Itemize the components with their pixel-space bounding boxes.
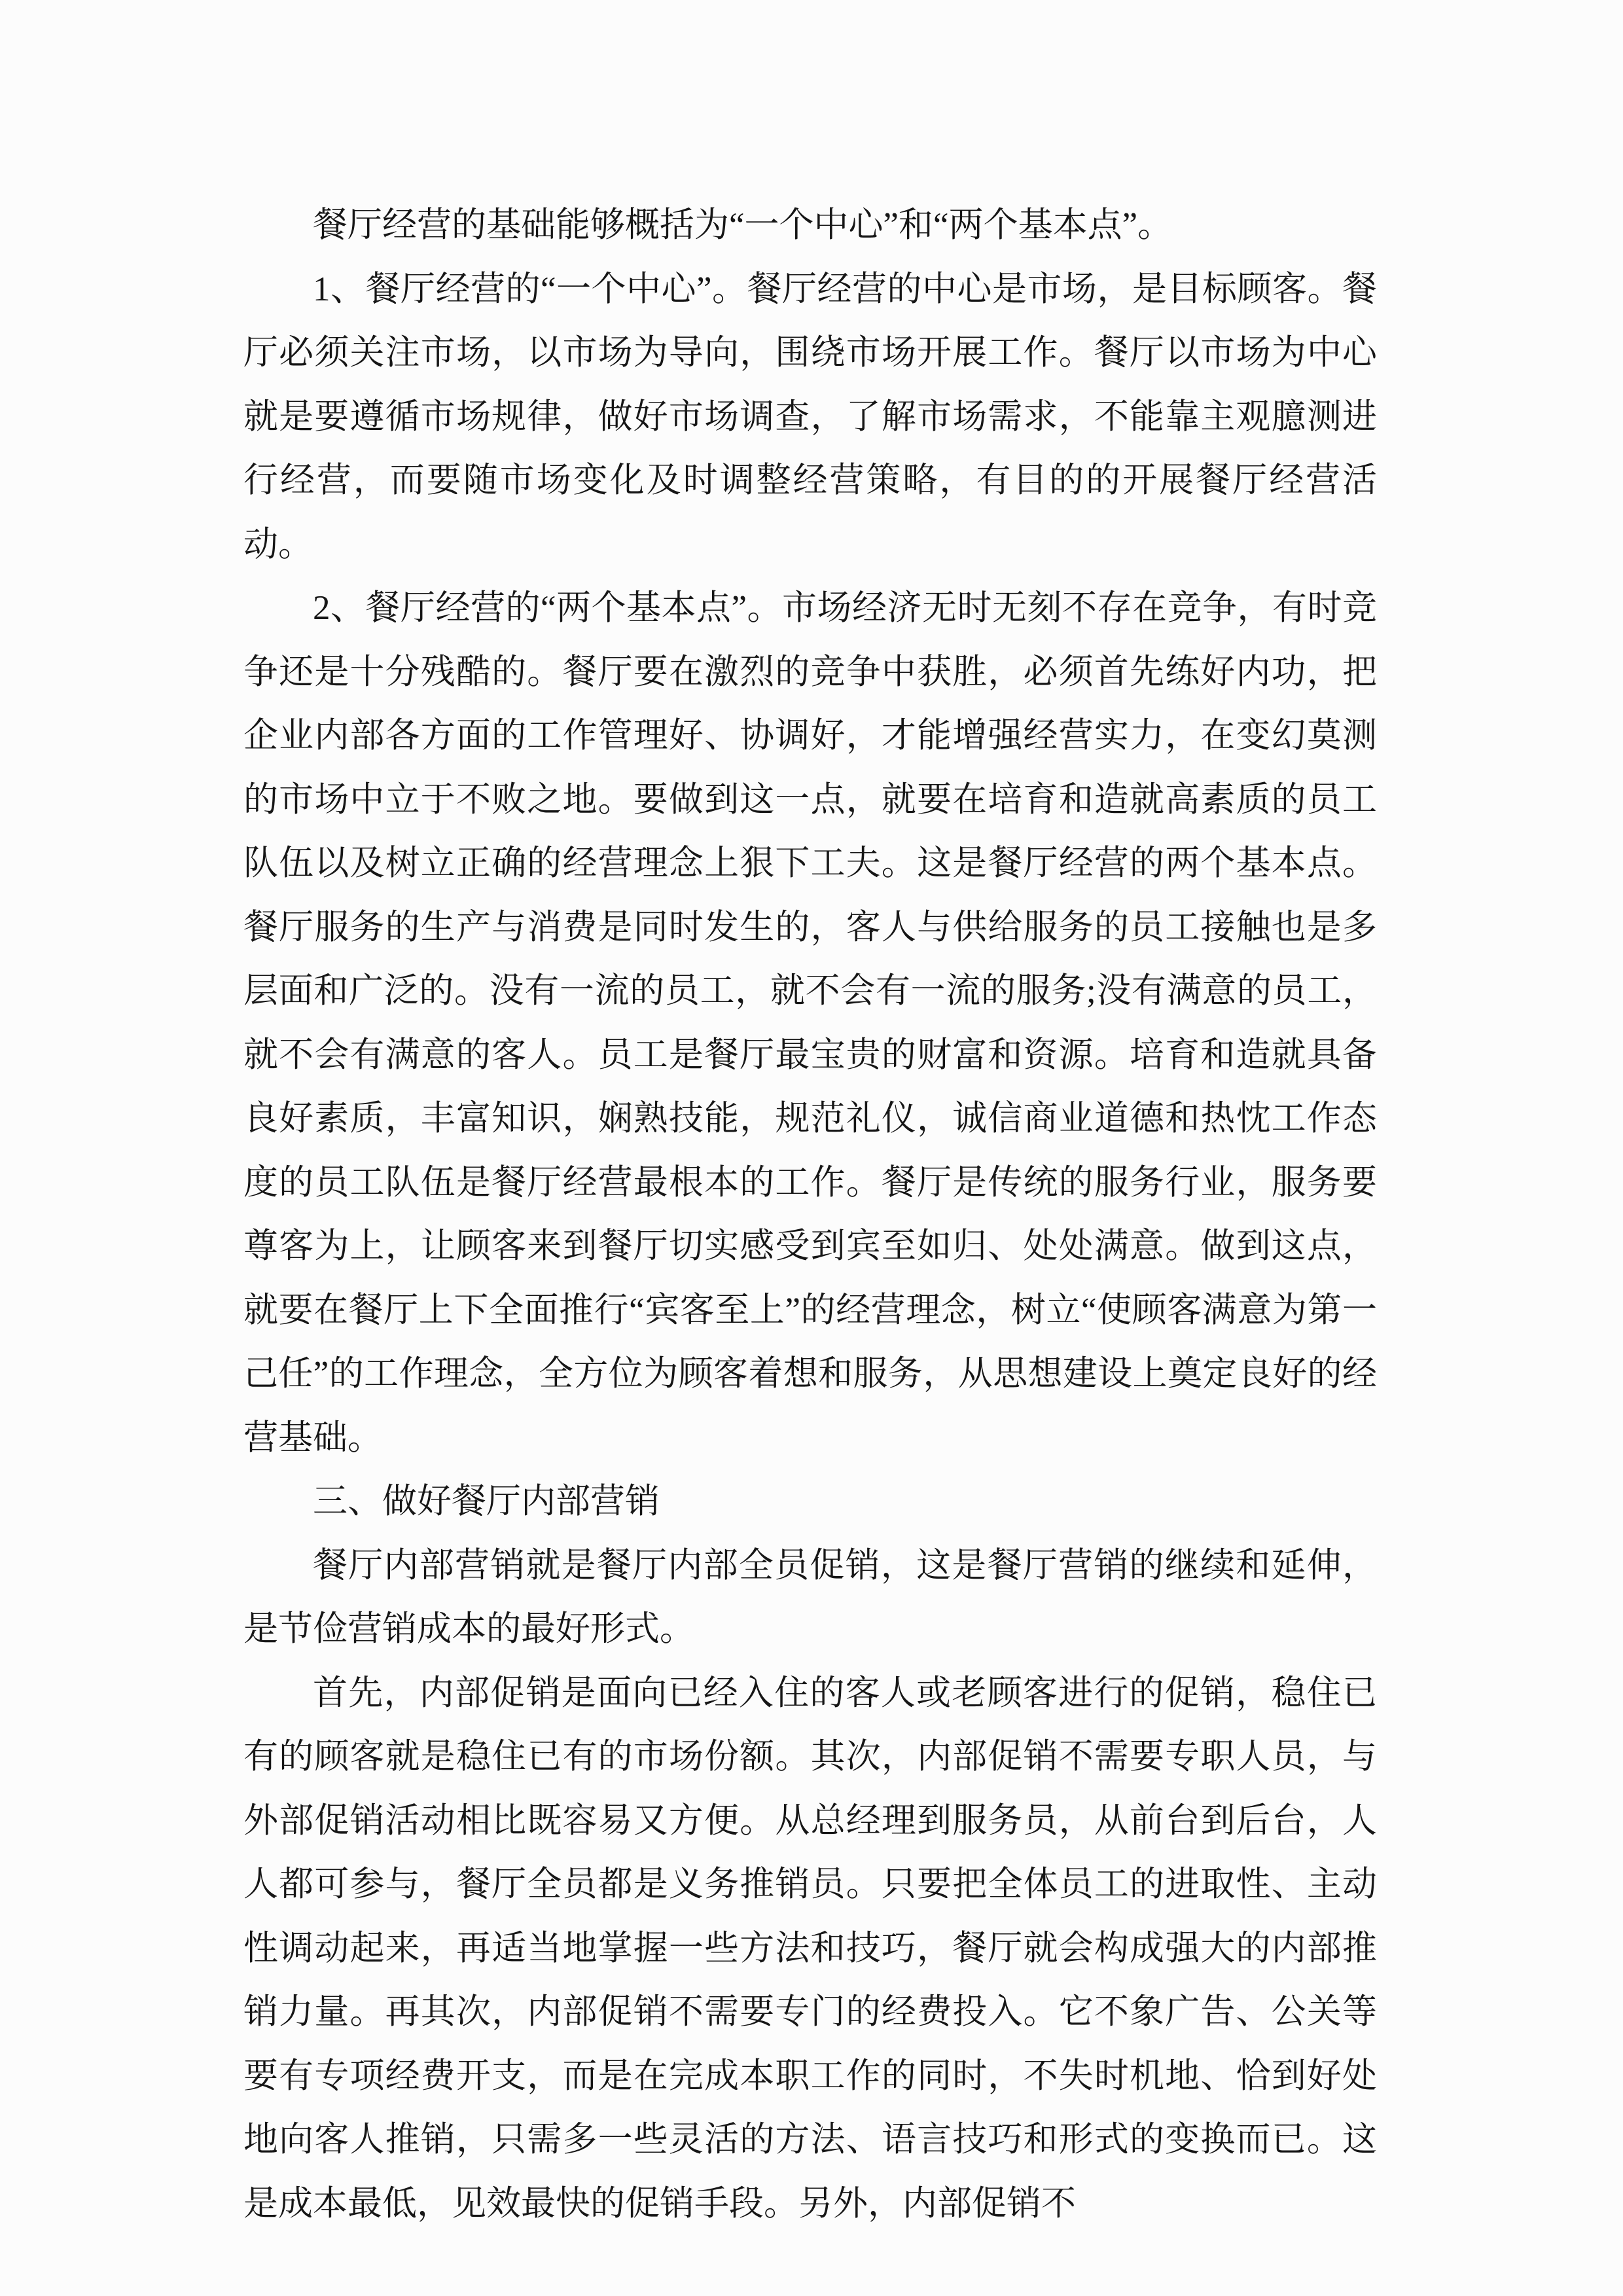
paragraph: 餐厅内部营销就是餐厅内部全员促销，这是餐厅营销的继续和延伸，是节俭营销成本的最好… [243,1534,1377,1662]
paragraph: 首先，内部促销是面向已经入住的客人或老顾客进行的促销，稳住已有的顾客就是稳住已有… [243,1662,1377,2236]
paragraph: 餐厅经营的基础能够概括为“一个中心”和“两个基本点”。 [243,194,1377,258]
paragraph: 1、餐厅经营的“一个中心”。餐厅经营的中心是市场，是目标顾客。餐厅必须关注市场，… [243,258,1377,577]
paragraph: 2、餐厅经营的“两个基本点”。市场经济无时无刻不存在竞争，有时竞争还是十分残酷的… [243,577,1377,1470]
document-body: 餐厅经营的基础能够概括为“一个中心”和“两个基本点”。1、餐厅经营的“一个中心”… [243,194,1377,2236]
paragraph: 三、做好餐厅内部营销 [243,1470,1377,1534]
document-page: 餐厅经营的基础能够概括为“一个中心”和“两个基本点”。1、餐厅经营的“一个中心”… [0,0,1623,2296]
